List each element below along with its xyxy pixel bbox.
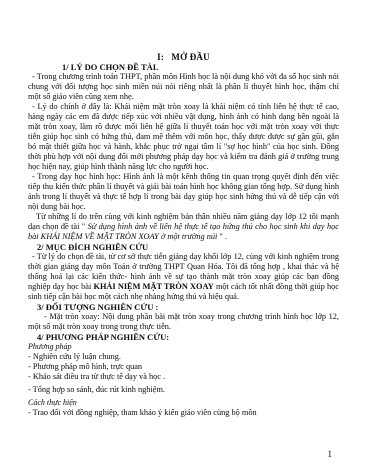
- doc-title: I: MỞ ĐẦU: [28, 52, 339, 62]
- method-item-1: - Nghiên cứu lý luận chung.: [28, 352, 339, 362]
- section-1-paragraph-2: - Lý do chính ở đây là: Khái niệm mặt tr…: [28, 102, 339, 172]
- section-2-heading: 2/ MỤC ĐÍCH NGHIÊN CỨU: [37, 242, 339, 252]
- section-3-paragraph-1: - Mặt tròn xoay: Nội dung phần bài mặt t…: [28, 312, 339, 332]
- method-item-2: - Phương pháp mô hình, trực quan: [28, 362, 339, 372]
- document-page: I: MỞ ĐẦU 1/ LÝ DO CHỌN ĐỀ TÀI. - Trong …: [0, 0, 366, 473]
- page-number: 1: [328, 449, 333, 459]
- method-item-3: - Khảo sát điều tra từ thực tế dạy và họ…: [28, 372, 339, 382]
- section-2-paragraph-1: - Từ lý do chọn đề tài, từ cơ sở thực ti…: [28, 252, 339, 302]
- lesson-name-bold: KHÁI NIỆM MẶT TRÒN XOAY: [94, 282, 214, 291]
- implementation-item-1: - Trao đổi với đồng nghiệp, tham khảo ý …: [28, 408, 339, 418]
- section-1-paragraph-1: - Trong chương trình toán THPT, phần môn…: [28, 72, 339, 102]
- implementation-sublabel: Cách thực hiện: [28, 398, 339, 408]
- section-1-paragraph-3: - Trong dạy học hình học: Hình ảnh là mộ…: [28, 172, 339, 212]
- method-item-4: - Tổng hợp so sánh, đúc rút kinh nghiệm.: [28, 385, 339, 395]
- section-3-heading: 3/ ĐỐI TƯỢNG NGHIÊN CỨU :: [37, 302, 339, 312]
- section-4-heading: 4/ PHƯƠNG PHÁP NGHIÊN CỨU:: [37, 332, 339, 342]
- method-sublabel: Phương pháp: [28, 342, 339, 352]
- section-1-heading: 1/ LÝ DO CHỌN ĐỀ TÀI.: [62, 62, 339, 72]
- thesis-title-paragraph: Từ những lí do trên cùng với kinh nghiệm…: [28, 212, 339, 242]
- thesis-tail-text: " .: [217, 232, 227, 241]
